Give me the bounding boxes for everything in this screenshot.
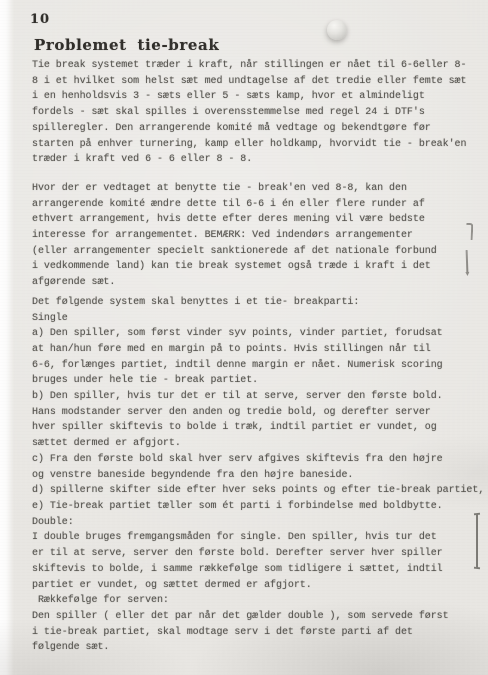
text-line: Double: bbox=[32, 515, 488, 531]
text-line: i vedkommende land) kan tie break system… bbox=[32, 259, 488, 275]
text-line: spilleregler. Den arrangerende komité må… bbox=[32, 121, 488, 137]
document-title: Problemet tie-break bbox=[34, 36, 219, 54]
text-line: b) Den spiller, hvis tur det er til at s… bbox=[32, 389, 488, 405]
text-line: er til at serve, server den første bold.… bbox=[32, 546, 488, 562]
ball-paper-mark-icon bbox=[327, 20, 347, 40]
text-line: Rækkefølge for serven: bbox=[32, 593, 488, 609]
text-line: hver spiller skiftevis to bolde i træk, … bbox=[32, 420, 488, 436]
text-line: Tie break systemet træder i kraft, når s… bbox=[32, 58, 488, 74]
paragraph: Tie break systemet træder i kraft, når s… bbox=[32, 58, 488, 168]
page-number: 10 bbox=[30, 12, 50, 27]
text-line: (eller arrangementer specielt sanktioner… bbox=[32, 244, 488, 260]
text-line: i en henholdsvis 3 - sæts eller 5 - sæts… bbox=[32, 89, 488, 105]
text-line: starten på enhver turnering, kamp eller … bbox=[32, 137, 488, 153]
text-line: afgørende sæt. bbox=[32, 275, 488, 291]
text-line: 8 i et hvilket som helst sæt med undtage… bbox=[32, 74, 488, 90]
text-line: Det følgende system skal benyttes i et t… bbox=[32, 295, 488, 311]
document-body: Tie break systemet træder i kraft, når s… bbox=[32, 58, 488, 656]
text-line: sættet dermed er afgjort. bbox=[32, 436, 488, 452]
text-line: Hans modstander server den anden og tred… bbox=[32, 405, 488, 421]
text-line: følgende sæt. bbox=[32, 640, 488, 656]
scanned-page: 10 Problemet tie-break Tie break systeme… bbox=[0, 0, 488, 675]
text-line: arrangerende komité ændre dette til 6-6 … bbox=[32, 197, 488, 213]
text-line: Hvor der er vedtaget at benytte tie - br… bbox=[32, 181, 488, 197]
text-line: i tie-break partiet, skal modtage serv i… bbox=[32, 625, 488, 641]
text-line: e) Tie-break partiet tæller som ét parti… bbox=[32, 499, 488, 515]
text-line: a) Den spiller, som først vinder syv poi… bbox=[32, 326, 488, 342]
text-line: skiftevis to bolde, i samme rækkefølge s… bbox=[32, 562, 488, 578]
text-line: Single bbox=[32, 311, 488, 327]
text-line: interesse for arrangementet. BEMÆRK: Ved… bbox=[32, 228, 488, 244]
text-line: 6-6, forlænges partiet, indtil denne mar… bbox=[32, 358, 488, 374]
text-line: fordels - sæt skal spilles i overensstem… bbox=[32, 105, 488, 121]
paragraph: Hvor der er vedtaget at benytte tie - br… bbox=[32, 181, 488, 291]
text-line: I double bruges fremgangsmåden for singl… bbox=[32, 530, 488, 546]
text-line: d) spillerne skifter side efter hver sek… bbox=[32, 483, 488, 499]
text-line: partiet er vundet, og sættet dermed er a… bbox=[32, 578, 488, 594]
text-line: Den spiller ( eller det par når det gæld… bbox=[32, 609, 488, 625]
text-line: c) Fra den første bold skal hver serv af… bbox=[32, 452, 488, 468]
text-line: ethvert arrangement, hvis dette efter de… bbox=[32, 212, 488, 228]
text-line: bruges under hele tie - break partiet. bbox=[32, 373, 488, 389]
text-line: at han/hun føre med en margin på to poin… bbox=[32, 342, 488, 358]
text-line: træder i kraft ved 6 - 6 eller 8 - 8. bbox=[32, 152, 488, 168]
text-line: og venstre baneside begyndende fra den h… bbox=[32, 468, 488, 484]
paragraph: Det følgende system skal benyttes i et t… bbox=[32, 295, 488, 656]
